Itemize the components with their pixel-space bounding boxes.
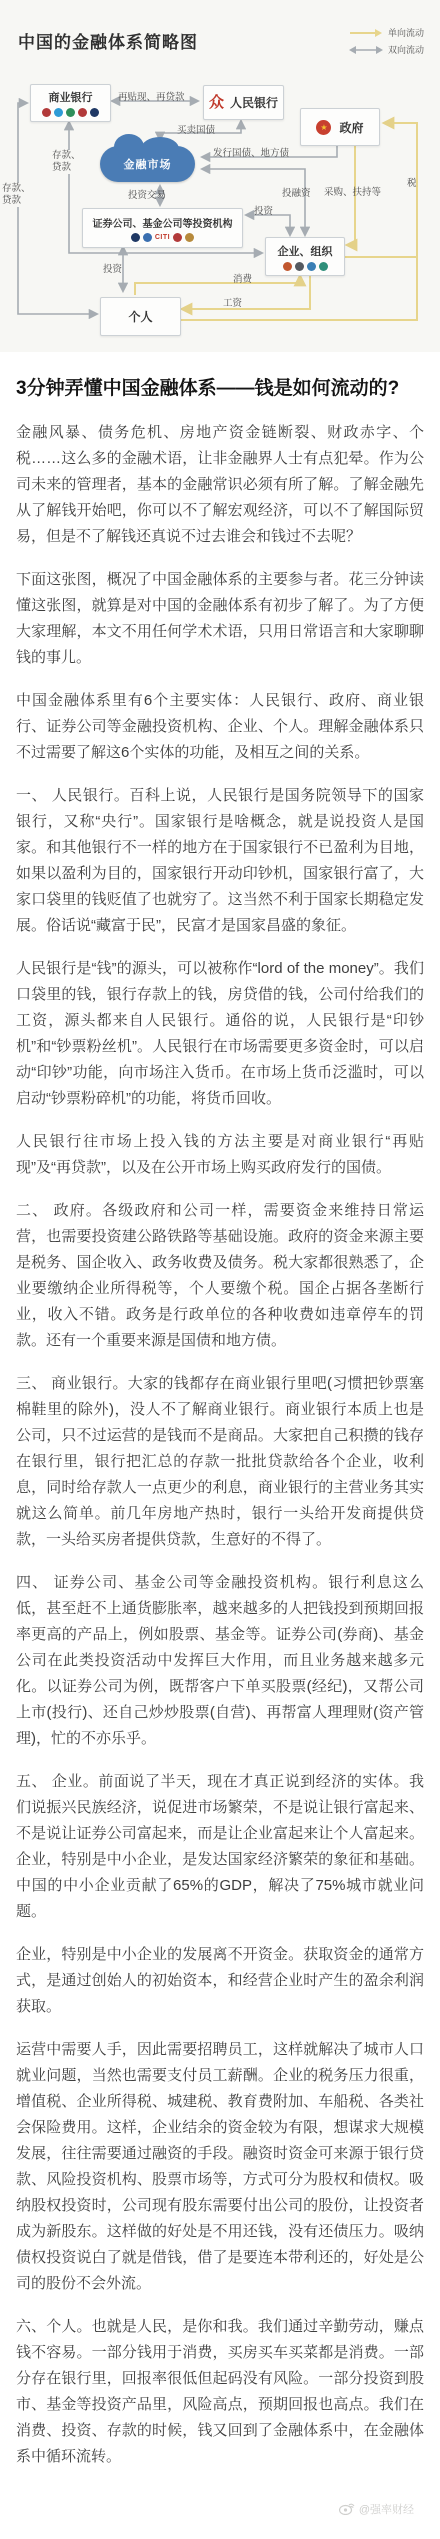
article-title: 3分钟弄懂中国金融体系——钱是如何流动的? (16, 376, 424, 402)
securities-logos: CITI (131, 233, 194, 242)
securities-logo-icon (131, 233, 140, 242)
flow-rediscount: 再贴现、再贷款 (118, 92, 185, 104)
flow-deposit-loan-person: 存款、 贷款 (2, 183, 31, 207)
securities-logo-icon (143, 233, 152, 242)
pboc-logo-icon: 众 (209, 95, 224, 110)
box-enterprise: 企业、组织 (265, 237, 345, 276)
box-government: ★ 政府 (300, 108, 380, 146)
paragraph: 金融风暴、债务危机、房地产资金链断裂、财政赤字、个税……这么多的金融术语，让非金… (16, 420, 424, 550)
article: 3分钟弄懂中国金融体系——钱是如何流动的? 金融风暴、债务危机、房地产资金链断裂… (0, 352, 440, 2539)
citi-logo: CITI (155, 234, 170, 241)
flow-invest-trade: 投资交易 (128, 190, 166, 202)
enterprise-logo-icon (295, 262, 304, 271)
securities-logo-icon (185, 233, 194, 242)
flow-buy-sell-bonds: 买卖国债 (177, 125, 215, 137)
paragraph: 四、 证券公司、基金公司等金融投资机构。银行利息这么低，甚至赶不上通货膨胀率，越… (16, 1570, 424, 1752)
paragraph: 一、 人民银行。百科上说，人民银行是国务院领导下的国家银行，又称“央行”。国家银… (16, 783, 424, 939)
flow-invest-to-securities: 投资 (254, 206, 273, 218)
flow-tax: 税 (407, 178, 417, 190)
box-pboc: 众 人民银行 (203, 85, 284, 120)
enterprise-logo-icon (319, 262, 328, 271)
enterprise-logo-icon (283, 262, 292, 271)
government-label: 政府 (339, 119, 363, 136)
financial-market-cloud: 金融市场 (100, 146, 195, 182)
securities-label: 证券公司、基金公司等投资机构 (93, 215, 233, 230)
bank-logo-icon (78, 108, 87, 117)
flow-issue-bonds: 发行国债、地方债 (213, 148, 289, 160)
national-emblem-icon: ★ (316, 120, 331, 135)
enterprise-label: 企业、组织 (278, 243, 333, 259)
emblem-star: ★ (320, 123, 327, 132)
financial-market-label: 金融市场 (124, 156, 172, 172)
bank-logo-icon (90, 108, 99, 117)
paragraph: 中国金融体系里有6个主要实体：人民银行、政府、商业银行、证券公司等金融投资机构、… (16, 688, 424, 766)
financial-system-diagram: 中国的金融体系简略图 单向流动 双向流动 (0, 0, 440, 352)
paragraph: 下面这张图，概况了中国金融体系的主要参与者。花三分钟读懂这张图，就算是对中国的金… (16, 567, 424, 671)
paragraph: 二、 政府。各级政府和公司一样，需要资金来维持日常运营，也需要投资建公路铁路等基… (16, 1198, 424, 1354)
flow-procurement: 采购、扶持等 (324, 187, 381, 199)
diagram-arrows (0, 0, 440, 352)
enterprise-logo-icon (307, 262, 316, 271)
bank-logo-icon (42, 108, 51, 117)
paragraph: 六、个人。也就是人民，是你和我。我们通过辛勤劳动，赚点钱不容易。一部分钱用于消费… (16, 2314, 424, 2470)
flow-deposit-loan-bank: 存款、 贷款 (52, 150, 81, 174)
page: 中国的金融体系简略图 单向流动 双向流动 (0, 0, 440, 2539)
watermark: @强率财经 (16, 2487, 424, 2529)
paragraph: 三、 商业银行。大家的钱都存在商业银行里吧(习惯把钞票塞棉鞋里的除外)，没人不了… (16, 1371, 424, 1553)
watermark-handle: @强率财经 (359, 2501, 414, 2517)
box-securities: 证券公司、基金公司等投资机构 CITI (82, 208, 243, 248)
paragraph: 运营中需要人手，因此需要招聘员工，这样就解决了城市人口就业问题，当然也需要支付员… (16, 2037, 424, 2297)
bank-logo-icon (66, 108, 75, 117)
paragraph: 企业，特别是中小企业的发展离不开资金。获取资金的通常方式，是通过创始人的初始资本… (16, 1942, 424, 2020)
individual-label: 个人 (128, 308, 152, 325)
paragraph: 人民银行往市场上投入钱的方法主要是对商业银行“再贴现”及“再贷款”，以及在公开市… (16, 1129, 424, 1181)
box-individual: 个人 (100, 297, 181, 336)
pboc-label: 人民银行 (230, 94, 278, 111)
bank-logo-icon (54, 108, 63, 117)
enterprise-logos (283, 262, 328, 271)
securities-logo-icon (173, 233, 182, 242)
flow-consumption: 消费 (233, 274, 252, 286)
paragraph: 五、 企业。前面说了半天，现在才真正说到经济的实体。我们说振兴民族经济，说促进市… (16, 1769, 424, 1925)
flow-invest-by-person: 投资 (103, 264, 122, 276)
flow-wage: 工资 (223, 298, 242, 310)
paragraph: 人民银行是“钱”的源头，可以被称作“lord of the money”。我们口… (16, 956, 424, 1112)
commercial-bank-logos (42, 108, 99, 117)
flow-invest-financing: 投融资 (282, 188, 311, 200)
commercial-bank-label: 商业银行 (49, 89, 93, 105)
weibo-icon (339, 2502, 355, 2515)
box-commercial-bank: 商业银行 (30, 84, 111, 122)
